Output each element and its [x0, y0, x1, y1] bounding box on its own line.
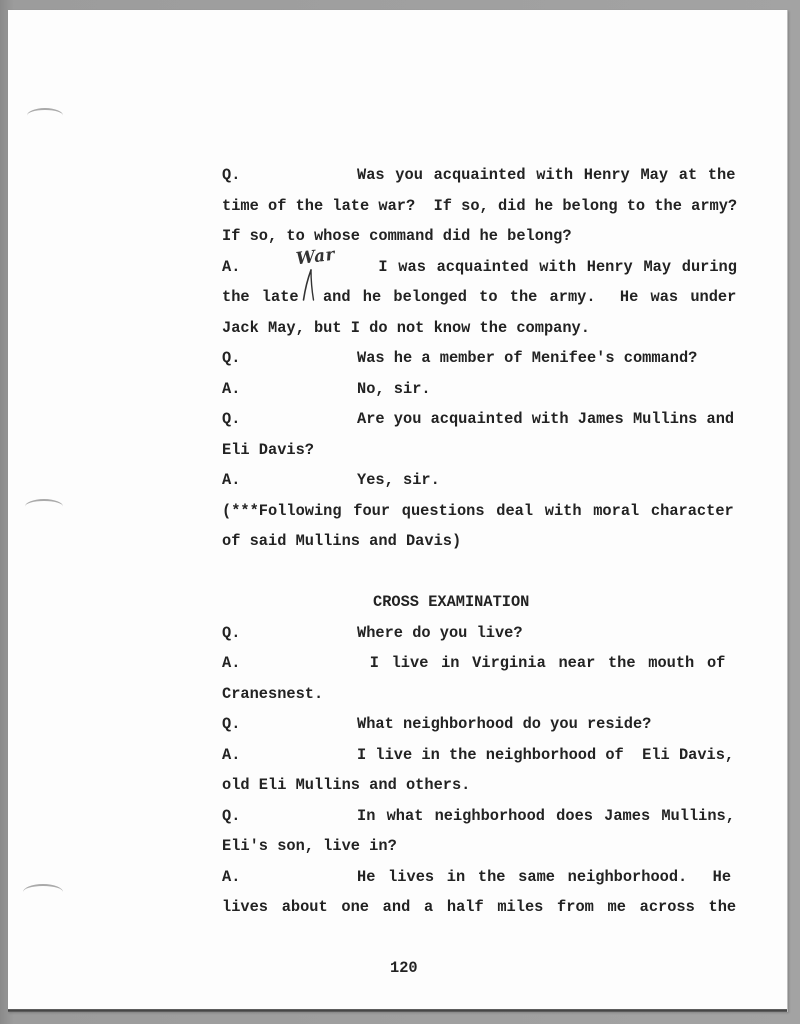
- insertion-caret-mark: [300, 268, 320, 304]
- line-text: Was you acquainted with Henry May at the: [357, 165, 735, 185]
- transcript-line: Jack May, but I do not know the company.: [222, 318, 590, 338]
- line-text: What neighborhood do you reside?: [357, 714, 651, 734]
- speaker-label: A.: [222, 745, 240, 765]
- transcript-line: old Eli Mullins and others.: [222, 775, 470, 795]
- paper-sheet: Q.Was you acquainted with Henry May at t…: [8, 10, 788, 1012]
- speaker-label: Q.: [222, 623, 240, 643]
- speaker-label: A.: [222, 653, 240, 673]
- binder-arc-mark: [27, 108, 63, 123]
- line-text: He lives in the same neighborhood. He: [357, 867, 731, 887]
- handwritten-insertion-word: War: [295, 245, 336, 270]
- speaker-label: Q.: [222, 348, 240, 368]
- line-text: I live in Virginia near the mouth of: [357, 653, 725, 673]
- line-text: Where do you live?: [357, 623, 523, 643]
- binder-arc-mark: [25, 499, 63, 514]
- transcript-line: Cranesnest.: [222, 684, 323, 704]
- line-text: In what neighborhood does James Mullins,: [357, 806, 735, 826]
- section-heading: CROSS EXAMINATION: [373, 592, 529, 612]
- line-text: No, sir.: [357, 379, 431, 399]
- line-text: Are you acquainted with James Mullins an…: [357, 409, 734, 429]
- screenshot-root: { "colors": { "backdrop": "#9c9c9c", "pa…: [0, 0, 800, 1024]
- speaker-label: A.: [222, 257, 240, 277]
- transcript-line: time of the late war? If so, did he belo…: [222, 196, 737, 216]
- transcript-line: Eli's son, live in?: [222, 836, 397, 856]
- transcript-line: (***Following four questions deal with m…: [222, 501, 734, 521]
- transcript-line: If so, to whose command did he belong?: [222, 226, 572, 246]
- speaker-label: Q.: [222, 165, 240, 185]
- page-number: 120: [390, 958, 418, 978]
- transcript-line: Eli Davis?: [222, 440, 314, 460]
- speaker-label: Q.: [222, 409, 240, 429]
- speaker-label: A.: [222, 470, 240, 490]
- speaker-label: Q.: [222, 714, 240, 734]
- speaker-label: Q.: [222, 806, 240, 826]
- line-text: Was he a member of Menifee's command?: [357, 348, 697, 368]
- line-text: I live in the neighborhood of Eli Davis,: [357, 745, 734, 765]
- binder-arc-mark: [23, 884, 63, 900]
- speaker-label: A.: [222, 867, 240, 887]
- line-text: I was acquainted with Henry May during: [357, 257, 737, 277]
- line-text: Yes, sir.: [357, 470, 440, 490]
- page-bottom-edge-shadow: [8, 1009, 787, 1012]
- speaker-label: A.: [222, 379, 240, 399]
- transcript-line: lives about one and a half miles from me…: [222, 897, 736, 917]
- transcript-line: of said Mullins and Davis): [222, 531, 461, 551]
